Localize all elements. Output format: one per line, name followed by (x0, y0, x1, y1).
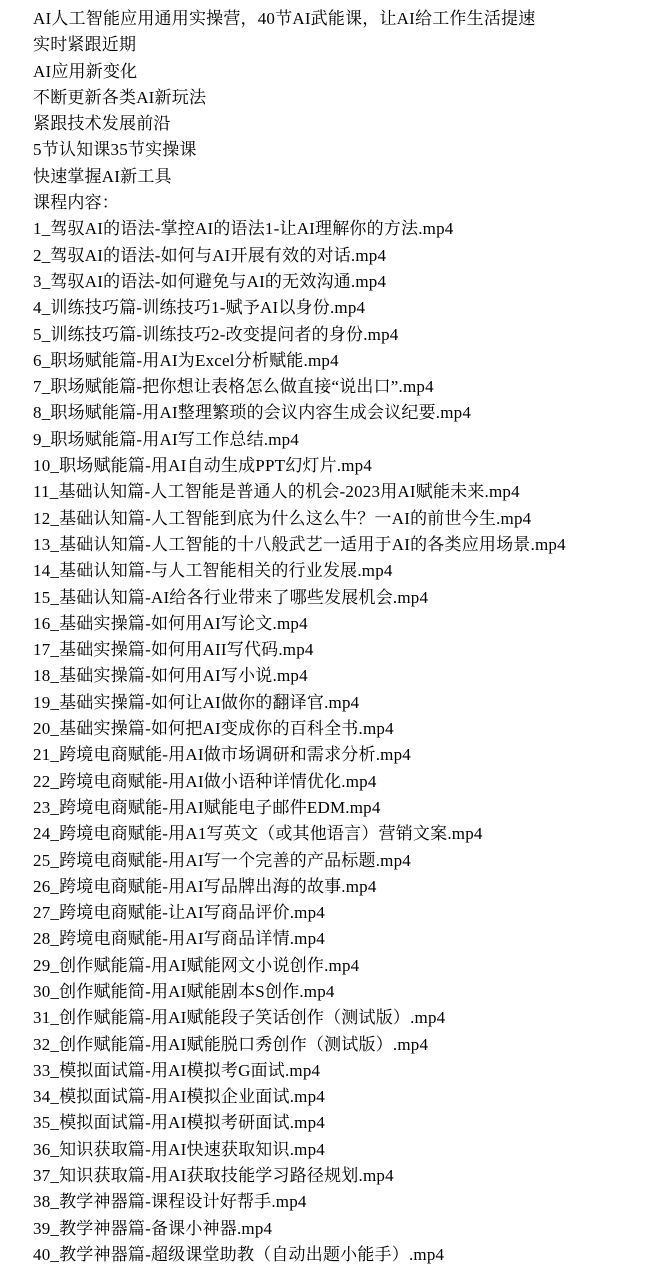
course-file-item: 37_知识获取篇-用AI获取技能学习路径规划.mp4 (33, 1163, 642, 1189)
intro-lines: 实时紧跟近期AI应用新变化不断更新各类AI新玩法紧跟技术发展前沿5节认知课35节… (33, 32, 642, 190)
course-file-item: 6_职场赋能篇-用AI为Excel分析赋能.mp4 (33, 348, 642, 374)
course-file-item: 31_创作赋能篇-用AI赋能段子笑话创作（测试版）.mp4 (33, 1005, 642, 1031)
course-file-item: 38_教学神器篇-课程设计好帮手.mp4 (33, 1189, 642, 1215)
course-file-item: 32_创作赋能篇-用AI赋能脱口秀创作（测试版）.mp4 (33, 1032, 642, 1058)
course-file-item: 4_训练技巧篇-训练技巧1-赋予AI以身份.mp4 (33, 295, 642, 321)
course-file-item: 2_驾驭AI的语法-如何与AI开展有效的对话.mp4 (33, 243, 642, 269)
course-file-item: 29_创作赋能篇-用AI赋能网文小说创作.mp4 (33, 953, 642, 979)
intro-line: 紧跟技术发展前沿 (33, 111, 642, 137)
course-file-item: 12_基础认知篇-人工智能到底为什么这么牛？一AI的前世今生.mp4 (33, 506, 642, 532)
course-file-item: 15_基础认知篇-AI给各行业带来了哪些发展机会.mp4 (33, 585, 642, 611)
course-file-item: 5_训练技巧篇-训练技巧2-改变提问者的身份.mp4 (33, 322, 642, 348)
course-file-item: 8_职场赋能篇-用AI整理繁琐的会议内容生成会议纪要.mp4 (33, 400, 642, 426)
course-file-item: 11_基础认知篇-人工智能是普通人的机会-2023用AI赋能未来.mp4 (33, 479, 642, 505)
course-description-document: AI人工智能应用通用实操营，40节AI武能课，让AI给工作生活提速 实时紧跟近期… (0, 0, 650, 1264)
course-file-item: 1_驾驭AI的语法-掌控AI的语法1-让AI理解你的方法.mp4 (33, 216, 642, 242)
course-file-item: 27_跨境电商赋能-让AI写商品评价.mp4 (33, 900, 642, 926)
course-file-item: 16_基础实操篇-如何用AI写论文.mp4 (33, 611, 642, 637)
intro-line: 实时紧跟近期 (33, 32, 642, 58)
section-label: 课程内容： (33, 190, 642, 216)
course-file-item: 7_职场赋能篇-把你想让表格怎么做直接“说出口”.mp4 (33, 374, 642, 400)
course-file-item: 40_教学神器篇-超级课堂助教（自动出题小能手）.mp4 (33, 1242, 642, 1264)
course-title: AI人工智能应用通用实操营，40节AI武能课，让AI给工作生活提速 (33, 6, 642, 32)
course-file-item: 13_基础认知篇-人工智能的十八般武艺一适用于AI的各类应用场景.mp4 (33, 532, 642, 558)
course-file-item: 39_教学神器篇-备课小神器.mp4 (33, 1216, 642, 1242)
course-file-item: 18_基础实操篇-如何用AI写小说.mp4 (33, 663, 642, 689)
intro-line: 5节认知课35节实操课 (33, 137, 642, 163)
course-file-item: 25_跨境电商赋能-用AI写一个完善的产品标题.mp4 (33, 848, 642, 874)
course-file-item: 21_跨境电商赋能-用AI做市场调研和需求分析.mp4 (33, 742, 642, 768)
course-file-item: 3_驾驭AI的语法-如何避免与AI的无效沟通.mp4 (33, 269, 642, 295)
course-file-item: 24_跨境电商赋能-用A1写英文（或其他语言）营销文案.mp4 (33, 821, 642, 847)
course-file-item: 34_模拟面试篇-用AI模拟企业面试.mp4 (33, 1084, 642, 1110)
course-file-item: 17_基础实操篇-如何用AII写代码.mp4 (33, 637, 642, 663)
course-file-item: 23_跨境电商赋能-用AI赋能电子邮件EDM.mp4 (33, 795, 642, 821)
intro-line: AI应用新变化 (33, 59, 642, 85)
course-file-item: 26_跨境电商赋能-用AI写品牌出海的故事.mp4 (33, 874, 642, 900)
course-file-item: 30_创作赋能简-用AI赋能剧本S创作.mp4 (33, 979, 642, 1005)
course-file-item: 28_跨境电商赋能-用AI写商品详情.mp4 (33, 926, 642, 952)
course-file-item: 10_职场赋能篇-用AI自动生成PPT幻灯片.mp4 (33, 453, 642, 479)
course-file-item: 33_模拟面试篇-用AI模拟考G面试.mp4 (33, 1058, 642, 1084)
intro-line: 快速掌握AI新工具 (33, 164, 642, 190)
course-file-item: 35_模拟面试篇-用AI模拟考研面试.mp4 (33, 1110, 642, 1136)
course-file-item: 14_基础认知篇-与人工智能相关的行业发展.mp4 (33, 558, 642, 584)
course-file-item: 22_跨境电商赋能-用AI做小语种详情优化.mp4 (33, 769, 642, 795)
course-file-item: 36_知识获取篇-用AI快速获取知识.mp4 (33, 1137, 642, 1163)
course-file-item: 20_基础实操篇-如何把AI变成你的百科全书.mp4 (33, 716, 642, 742)
course-file-list: 1_驾驭AI的语法-掌控AI的语法1-让AI理解你的方法.mp42_驾驭AI的语… (33, 216, 642, 1264)
course-file-item: 19_基础实操篇-如何让AI做你的翻译官.mp4 (33, 690, 642, 716)
course-file-item: 9_职场赋能篇-用AI写工作总结.mp4 (33, 427, 642, 453)
intro-line: 不断更新各类AI新玩法 (33, 85, 642, 111)
